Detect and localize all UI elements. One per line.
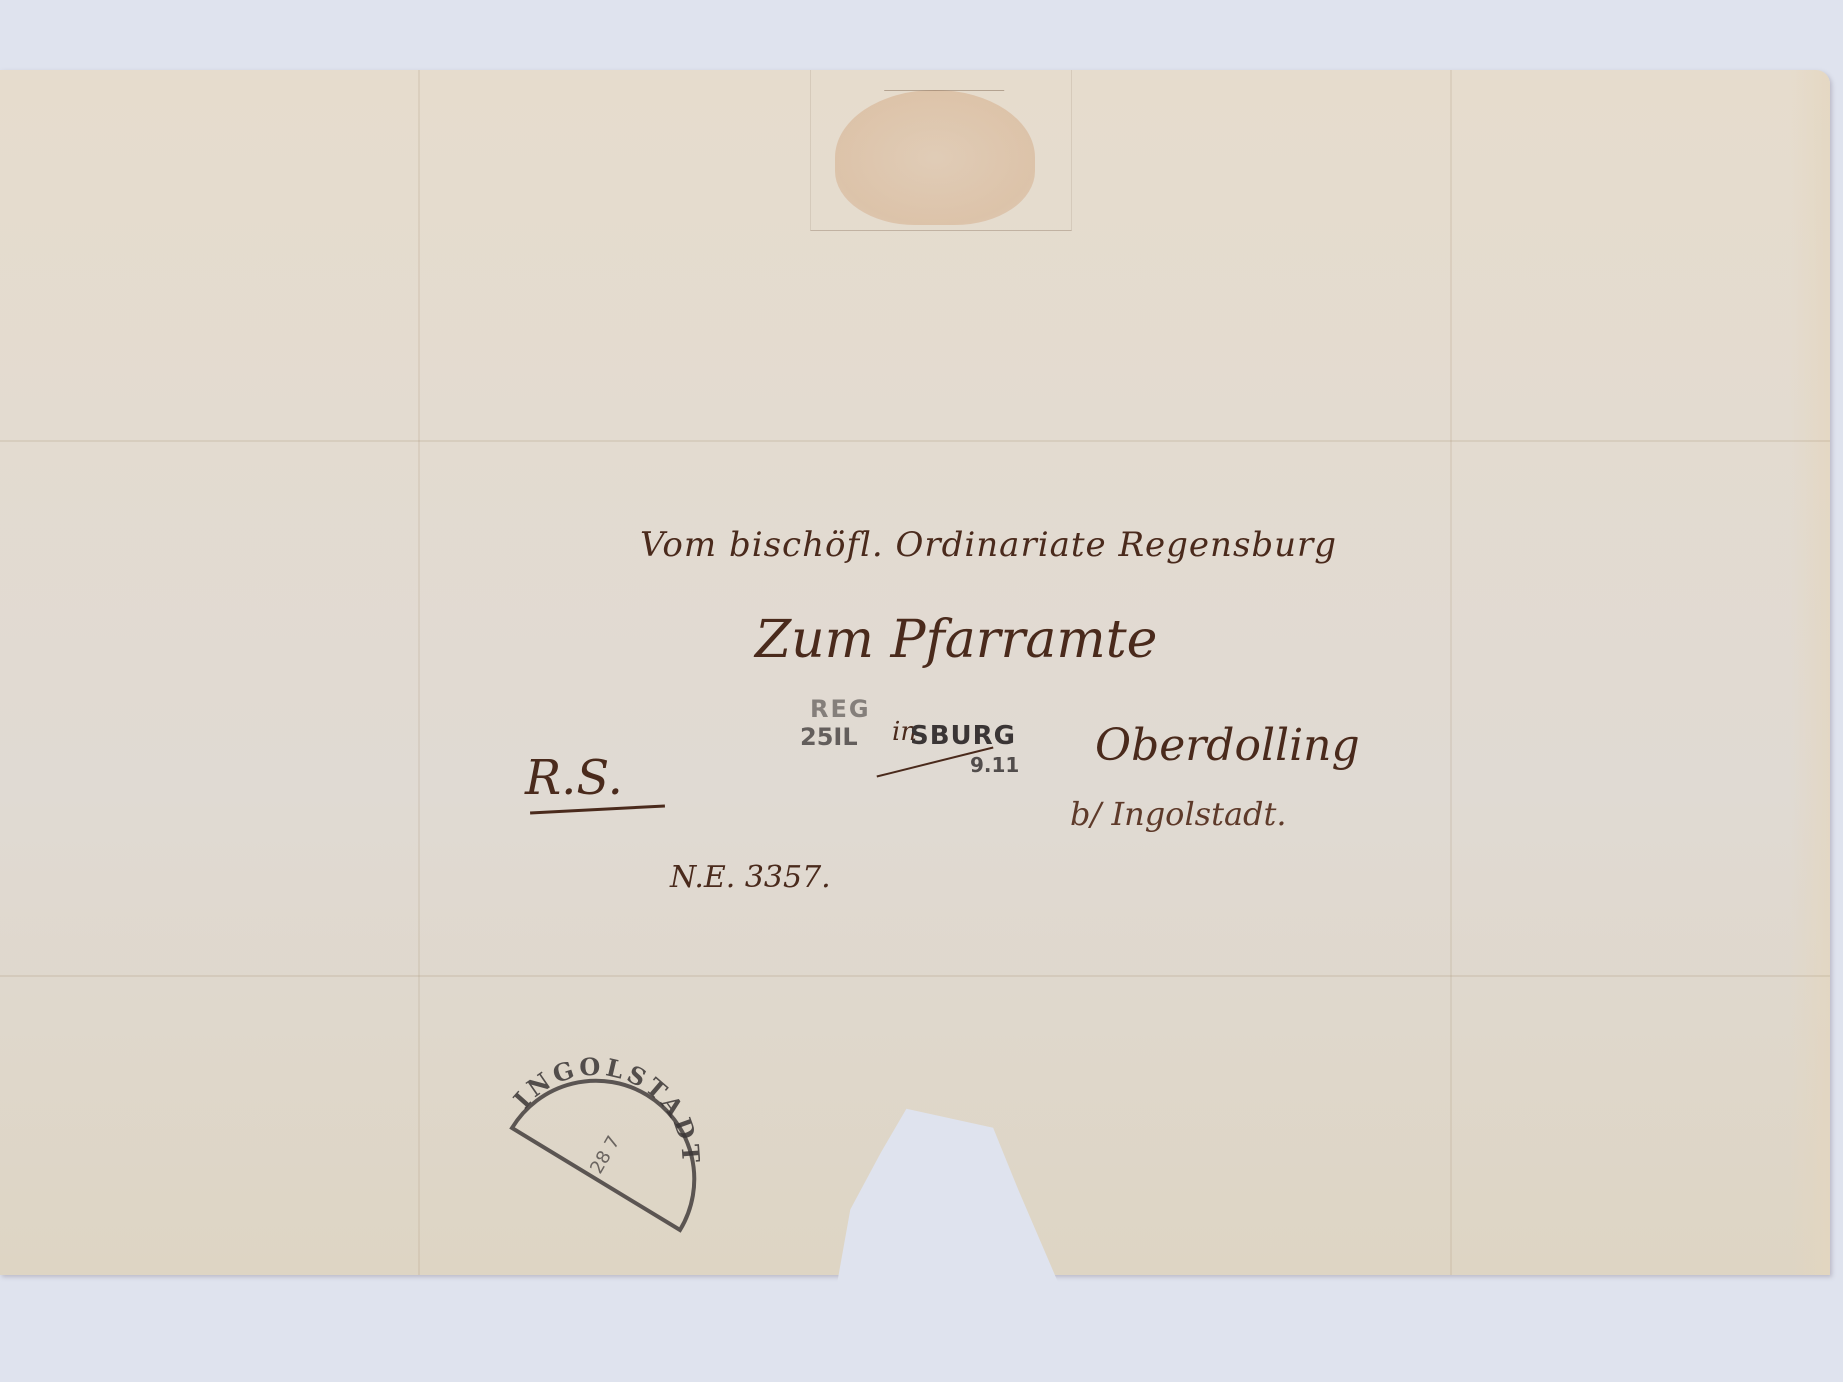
postmark-ingolstadt-date: 28 7 <box>586 1132 624 1177</box>
recipient-line: Zum Pfarramte <box>755 610 1157 670</box>
postmark-ingolstadt: INGOLSTADT 28 7 <box>500 1040 700 1240</box>
sender-line: Vom bischöfl. Ordinariate Regensburg <box>640 525 1337 565</box>
postmark-regensburg-top: REG <box>810 695 871 723</box>
paper-edge-shading <box>1790 70 1830 1275</box>
marking-rs: R.S. <box>525 750 623 806</box>
fold-line-vertical-right <box>1450 70 1452 1275</box>
tear-mark <box>884 70 1016 91</box>
postmark-regensburg-city: SBURG <box>910 721 1016 751</box>
fold-line-vertical-left <box>418 70 420 1275</box>
reference-number: N.E. 3357. <box>670 860 831 895</box>
recipient-place: Oberdolling <box>1095 720 1360 771</box>
postmark-regensburg-date-left: 25IL <box>800 723 858 751</box>
seal-flap <box>810 70 1072 231</box>
postmark-regensburg-date-right: 9.11 <box>970 753 1019 777</box>
letter-cover: Vom bischöfl. Ordinariate Regensburg Zum… <box>0 70 1830 1275</box>
recipient-via: b/ Ingolstadt. <box>1070 795 1287 833</box>
fold-line-horizontal-bottom <box>0 975 1830 977</box>
fold-line-horizontal-top <box>0 440 1830 442</box>
half-circle-stamp-icon: INGOLSTADT 28 7 <box>500 1040 700 1240</box>
postmark-regensburg: REG 25IL in SBURG 9.11 <box>800 695 1060 785</box>
